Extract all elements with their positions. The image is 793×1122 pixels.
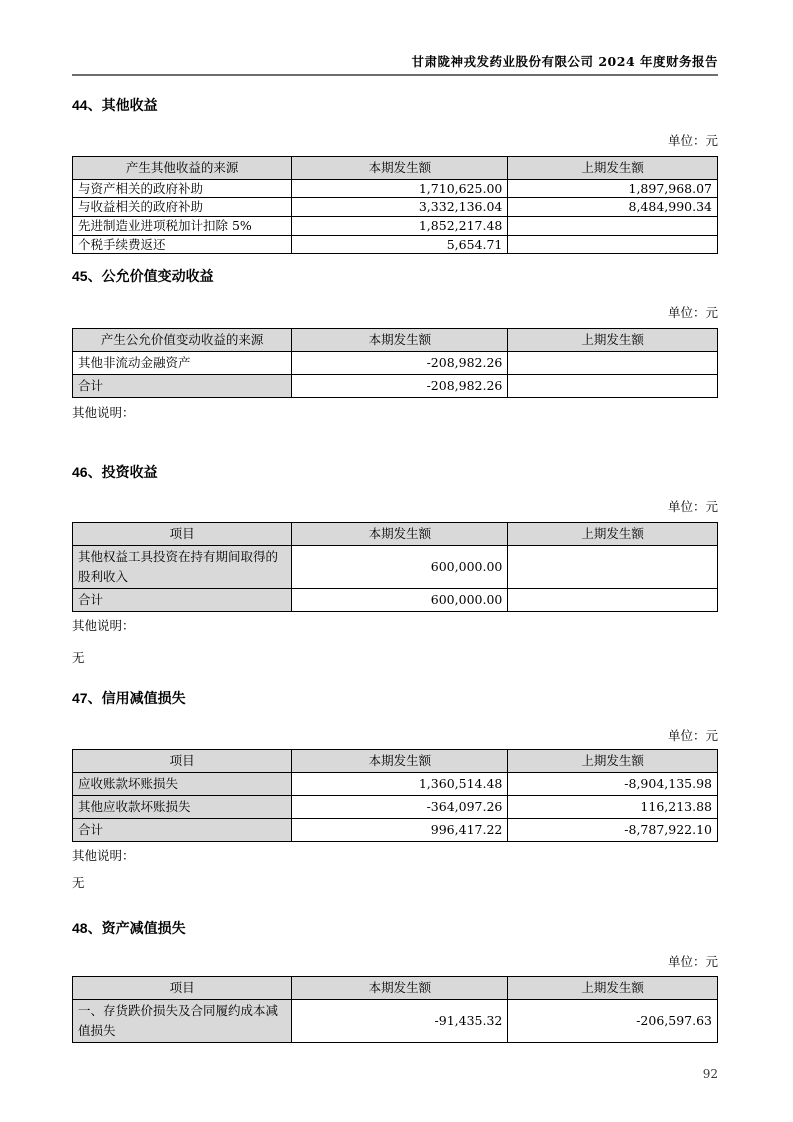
table-row: 其他非流动金融资产 -208,982.26 bbox=[73, 352, 718, 375]
table-row: 先进制造业进项税加计扣除 5% 1,852,217.48 bbox=[73, 217, 718, 236]
table-row: 应收账款坏账损失 1,360,514.48 -8,904,135.98 bbox=[73, 772, 718, 795]
other-notes-label: 其他说明： bbox=[72, 405, 718, 420]
prior-amount bbox=[508, 588, 718, 611]
column-header-current-period: 本期发生额 bbox=[292, 329, 508, 352]
row-label: 个税手续费返还 bbox=[73, 235, 292, 254]
prior-amount: 116,213.88 bbox=[508, 795, 718, 818]
unit-label: 单位：元 bbox=[72, 305, 718, 320]
current-amount: 600,000.00 bbox=[292, 588, 508, 611]
prior-amount bbox=[508, 545, 718, 588]
investment-income-table: 项目 本期发生额 上期发生额 其他权益工具投资在持有期间取得的股利收入 600,… bbox=[72, 522, 718, 612]
prior-amount: 8,484,990.34 bbox=[508, 198, 718, 217]
none-text: 无 bbox=[72, 875, 718, 890]
unit-label: 单位：元 bbox=[72, 499, 718, 514]
table-header-row: 项目 本期发生额 上期发生额 bbox=[73, 977, 718, 1000]
column-header-prior-period: 上期发生额 bbox=[508, 977, 718, 1000]
table-header-row: 产生其他收益的来源 本期发生额 上期发生额 bbox=[73, 156, 718, 179]
current-amount: 5,654.71 bbox=[292, 235, 508, 254]
prior-amount bbox=[508, 375, 718, 398]
current-amount: -364,097.26 bbox=[292, 795, 508, 818]
row-label: 一、存货跌价损失及合同履约成本减值损失 bbox=[73, 1000, 292, 1043]
section-asset-impairment-loss: 48、资产减值损失 单位：元 项目 本期发生额 上期发生额 一、存货跌价损失及合… bbox=[72, 920, 718, 1044]
row-label: 合计 bbox=[73, 818, 292, 841]
row-label: 其他应收款坏账损失 bbox=[73, 795, 292, 818]
credit-impairment-table: 项目 本期发生额 上期发生额 应收账款坏账损失 1,360,514.48 -8,… bbox=[72, 749, 718, 842]
other-notes-label: 其他说明： bbox=[72, 848, 718, 863]
page-number: 92 bbox=[72, 1067, 718, 1081]
prior-amount: 1,897,968.07 bbox=[508, 179, 718, 198]
report-header-title: 甘肃陇神戎发药业股份有限公司 2024 年度财务报告 bbox=[72, 0, 718, 69]
section-title: 46、投资收益 bbox=[72, 464, 718, 481]
current-amount: 996,417.22 bbox=[292, 818, 508, 841]
table-row: 与收益相关的政府补助 3,332,136.04 8,484,990.34 bbox=[73, 198, 718, 217]
column-header-prior-period: 上期发生额 bbox=[508, 522, 718, 545]
row-label: 合计 bbox=[73, 588, 292, 611]
column-header-prior-period: 上期发生额 bbox=[508, 329, 718, 352]
table-row: 个税手续费返还 5,654.71 bbox=[73, 235, 718, 254]
table-header-row: 项目 本期发生额 上期发生额 bbox=[73, 749, 718, 772]
current-amount: 3,332,136.04 bbox=[292, 198, 508, 217]
column-header-current-period: 本期发生额 bbox=[292, 156, 508, 179]
prior-amount bbox=[508, 352, 718, 375]
current-amount: 1,360,514.48 bbox=[292, 772, 508, 795]
row-label: 其他非流动金融资产 bbox=[73, 352, 292, 375]
table-row: 其他应收款坏账损失 -364,097.26 116,213.88 bbox=[73, 795, 718, 818]
other-notes-label: 其他说明： bbox=[72, 618, 718, 633]
prior-amount: -8,787,922.10 bbox=[508, 818, 718, 841]
current-amount: -208,982.26 bbox=[292, 375, 508, 398]
current-amount: 600,000.00 bbox=[292, 545, 508, 588]
table-row: 其他权益工具投资在持有期间取得的股利收入 600,000.00 bbox=[73, 545, 718, 588]
unit-label: 单位：元 bbox=[72, 954, 718, 969]
table-header-row: 项目 本期发生额 上期发生额 bbox=[73, 522, 718, 545]
section-title: 48、资产减值损失 bbox=[72, 920, 718, 937]
section-title: 44、其他收益 bbox=[72, 97, 718, 114]
row-label: 与收益相关的政府补助 bbox=[73, 198, 292, 217]
column-header-item: 项目 bbox=[73, 522, 292, 545]
column-header-prior-period: 上期发生额 bbox=[508, 156, 718, 179]
row-label: 应收账款坏账损失 bbox=[73, 772, 292, 795]
row-label: 与资产相关的政府补助 bbox=[73, 179, 292, 198]
table-row-total: 合计 -208,982.26 bbox=[73, 375, 718, 398]
section-credit-impairment-loss: 47、信用减值损失 单位：元 项目 本期发生额 上期发生额 应收账款坏账损失 1… bbox=[72, 690, 718, 890]
column-header-current-period: 本期发生额 bbox=[292, 977, 508, 1000]
prior-amount: -206,597.63 bbox=[508, 1000, 718, 1043]
none-text: 无 bbox=[72, 650, 718, 665]
table-row: 一、存货跌价损失及合同履约成本减值损失 -91,435.32 -206,597.… bbox=[73, 1000, 718, 1043]
column-header-source: 产生公允价值变动收益的来源 bbox=[73, 329, 292, 352]
prior-amount bbox=[508, 235, 718, 254]
current-amount: 1,852,217.48 bbox=[292, 217, 508, 236]
column-header-item: 项目 bbox=[73, 977, 292, 1000]
prior-amount bbox=[508, 217, 718, 236]
table-row-total: 合计 600,000.00 bbox=[73, 588, 718, 611]
table-header-row: 产生公允价值变动收益的来源 本期发生额 上期发生额 bbox=[73, 329, 718, 352]
table-row-total: 合计 996,417.22 -8,787,922.10 bbox=[73, 818, 718, 841]
current-amount: -208,982.26 bbox=[292, 352, 508, 375]
unit-label: 单位：元 bbox=[72, 728, 718, 743]
column-header-prior-period: 上期发生额 bbox=[508, 749, 718, 772]
column-header-current-period: 本期发生额 bbox=[292, 749, 508, 772]
section-title: 45、公允价值变动收益 bbox=[72, 268, 718, 285]
page-content: 甘肃陇神戎发药业股份有限公司 2024 年度财务报告 44、其他收益 单位：元 … bbox=[72, 0, 718, 1081]
row-label: 先进制造业进项税加计扣除 5% bbox=[73, 217, 292, 236]
column-header-item: 项目 bbox=[73, 749, 292, 772]
section-title: 47、信用减值损失 bbox=[72, 690, 718, 707]
fair-value-change-table: 产生公允价值变动收益的来源 本期发生额 上期发生额 其他非流动金融资产 -208… bbox=[72, 328, 718, 398]
section-fair-value-change-income: 45、公允价值变动收益 单位：元 产生公允价值变动收益的来源 本期发生额 上期发… bbox=[72, 268, 718, 420]
row-label: 其他权益工具投资在持有期间取得的股利收入 bbox=[73, 545, 292, 588]
column-header-current-period: 本期发生额 bbox=[292, 522, 508, 545]
other-income-table: 产生其他收益的来源 本期发生额 上期发生额 与资产相关的政府补助 1,710,6… bbox=[72, 156, 718, 255]
header-divider bbox=[72, 74, 718, 76]
asset-impairment-table: 项目 本期发生额 上期发生额 一、存货跌价损失及合同履约成本减值损失 -91,4… bbox=[72, 976, 718, 1043]
prior-amount: -8,904,135.98 bbox=[508, 772, 718, 795]
current-amount: 1,710,625.00 bbox=[292, 179, 508, 198]
current-amount: -91,435.32 bbox=[292, 1000, 508, 1043]
table-row: 与资产相关的政府补助 1,710,625.00 1,897,968.07 bbox=[73, 179, 718, 198]
section-other-income: 44、其他收益 单位：元 产生其他收益的来源 本期发生额 上期发生额 与资产相关… bbox=[72, 97, 718, 254]
section-investment-income: 46、投资收益 单位：元 项目 本期发生额 上期发生额 其他权益工具投资在持有期… bbox=[72, 464, 718, 665]
unit-label: 单位：元 bbox=[72, 133, 718, 148]
row-label: 合计 bbox=[73, 375, 292, 398]
column-header-source: 产生其他收益的来源 bbox=[73, 156, 292, 179]
